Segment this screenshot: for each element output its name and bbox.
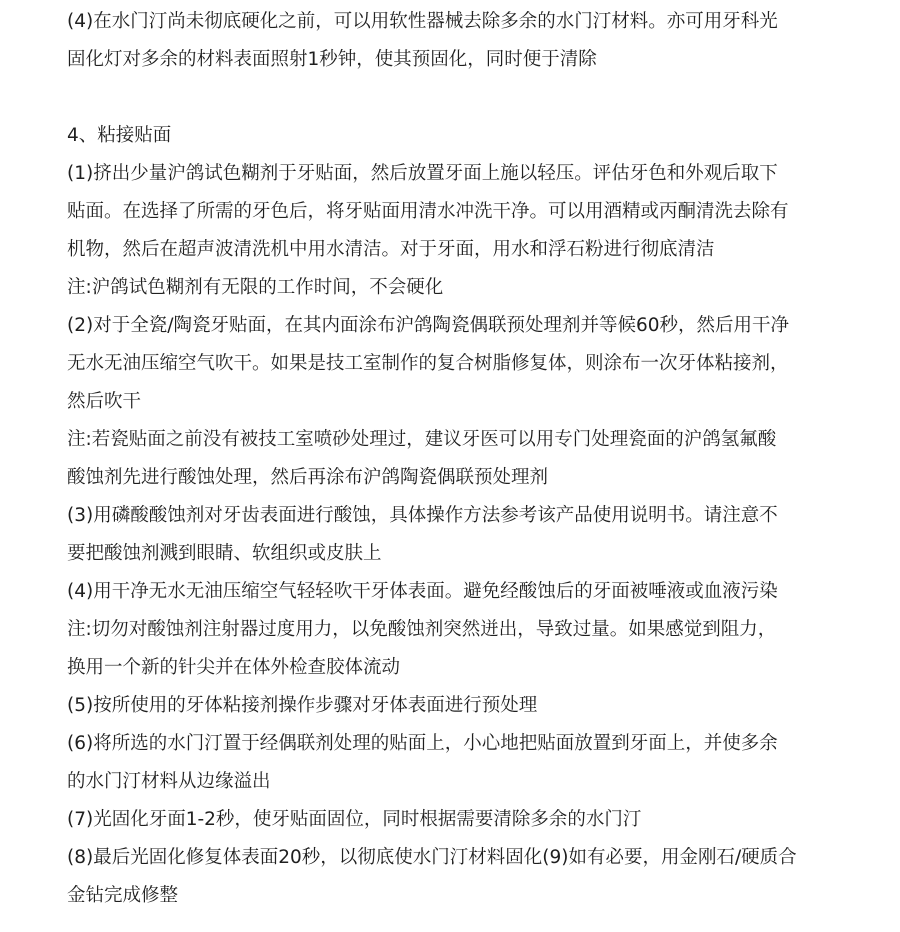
text-line: 无水无油压缩空气吹干。如果是技工室制作的复合树脂修复体，则涂布一次牙体粘接剂， [67, 345, 867, 383]
text-line: 固化灯对多余的材料表面照射1秒钟，使其预固化，同时便于清除 [67, 41, 867, 79]
intro-paragraph: (4)在水门汀尚未彻底硬化之前，可以用软性器械去除多余的水门汀材料。亦可用牙科光… [67, 3, 867, 79]
note-line: 酸蚀剂先进行酸蚀处理，然后再涂布沪鸽陶瓷偶联预处理剂 [67, 459, 867, 497]
text-line: (4)在水门汀尚未彻底硬化之前，可以用软性器械去除多余的水门汀材料。亦可用牙科光 [67, 3, 867, 41]
text-line: (4)用干净无水无油压缩空气轻轻吹干牙体表面。避免经酸蚀后的牙面被唾液或血液污染 [67, 573, 867, 611]
text-line: 的水门汀材料从边缘溢出 [67, 763, 867, 801]
text-line: (2)对于全瓷/陶瓷牙贴面，在其内面涂布沪鸽陶瓷偶联预处理剂并等候60秒，然后用… [67, 307, 867, 345]
note-line: 注:切勿对酸蚀剂注射器过度用力，以免酸蚀剂突然迸出，导致过量。如果感觉到阻力， [67, 611, 867, 649]
paragraph-spacer [67, 79, 867, 117]
text-line: (6)将所选的水门汀置于经偶联剂处理的贴面上，小心地把贴面放置到牙面上，并使多余 [67, 725, 867, 763]
note-line: 换用一个新的针尖并在体外检查胶体流动 [67, 649, 867, 687]
text-line: 机物，然后在超声波清洗机中用水清洁。对于牙面，用水和浮石粉进行彻底清洁 [67, 231, 867, 269]
section-bonding-veneers: 4、粘接贴面 (1)挤出少量沪鸽试色糊剂于牙贴面，然后放置牙面上施以轻压。评估牙… [67, 117, 867, 915]
note-line: 注:沪鸽试色糊剂有无限的工作时间，不会硬化 [67, 269, 867, 307]
text-line: (5)按所使用的牙体粘接剂操作步骤对牙体表面进行预处理 [67, 687, 867, 725]
note-line: 注:若瓷贴面之前没有被技工室喷砂处理过，建议牙医可以用专门处理瓷面的沪鸽氢氟酸 [67, 421, 867, 459]
text-line: (1)挤出少量沪鸽试色糊剂于牙贴面，然后放置牙面上施以轻压。评估牙色和外观后取下 [67, 155, 867, 193]
text-line: 然后吹干 [67, 383, 867, 421]
text-line: 金钻完成修整 [67, 877, 867, 915]
section-heading: 4、粘接贴面 [67, 117, 867, 155]
text-line: (3)用磷酸酸蚀剂对牙齿表面进行酸蚀，具体操作方法参考该产品使用说明书。请注意不 [67, 497, 867, 535]
document-body: (4)在水门汀尚未彻底硬化之前，可以用软性器械去除多余的水门汀材料。亦可用牙科光… [67, 3, 867, 915]
text-line: (8)最后光固化修复体表面20秒，以彻底使水门汀材料固化(9)如有必要，用金刚石… [67, 839, 867, 877]
text-line: 要把酸蚀剂溅到眼睛、软组织或皮肤上 [67, 535, 867, 573]
text-line: (7)光固化牙面1-2秒，使牙贴面固位，同时根据需要清除多余的水门汀 [67, 801, 867, 839]
text-line: 贴面。在选择了所需的牙色后，将牙贴面用清水冲洗干净。可以用酒精或丙酮清洗去除有 [67, 193, 867, 231]
